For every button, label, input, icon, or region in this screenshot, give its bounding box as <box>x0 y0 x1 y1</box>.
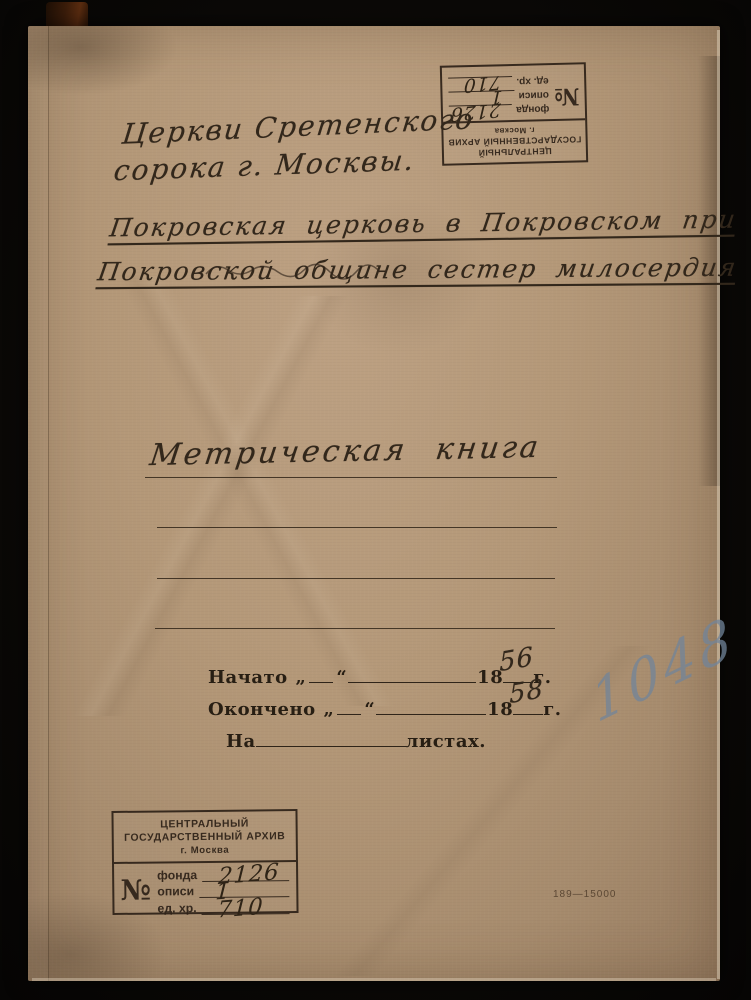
print-run-code: 189—15000 <box>553 889 617 900</box>
scan-background: ЦЕНТРАЛЬНЫЙ ГОСУДАРСТВЕННЫЙ АРХИВ г. Мос… <box>0 0 751 1000</box>
ruled-line <box>157 578 555 579</box>
form-row-started: Начато „“1856г. <box>208 667 552 688</box>
handwritten-line-2: сорока г. Москвы. <box>112 144 417 188</box>
paper-crease <box>88 276 418 706</box>
sheets-blank <box>256 733 406 747</box>
book-title-handwritten: Метрическая книга <box>148 430 544 473</box>
stamp-row-edhr: ед. хр. 710 <box>157 900 289 915</box>
open-quote: „ <box>295 667 306 688</box>
close-quote: “ <box>336 667 347 688</box>
form-row-finished: Окончено „“1858г. <box>208 699 562 720</box>
stamp-row-label: ед. хр. <box>512 75 549 87</box>
folder-cover: ЦЕНТРАЛЬНЫЙ ГОСУДАРСТВЕННЫЙ АРХИВ г. Мос… <box>28 26 720 981</box>
finished-year-handwritten: 58 <box>509 673 545 709</box>
paper-crease <box>28 296 388 716</box>
blue-archive-number: 1048 <box>586 603 741 736</box>
sheets-suffix: листах. <box>406 731 486 752</box>
handwritten-line-4: Покровской общине сестер милосердия <box>96 253 740 286</box>
stamp-org-line2: ГОСУДАРСТВЕННЫЙ АРХИВ <box>117 830 293 845</box>
year-blank: 58 <box>513 701 543 715</box>
handwritten-line-1: Церкви Сретенского <box>120 102 476 151</box>
month-blank <box>348 669 476 683</box>
stamp-city: г. Москва <box>117 844 293 858</box>
paper-smudge <box>28 26 178 96</box>
stamp-number-sign: № <box>554 84 580 108</box>
stamp-number-sign: № <box>120 877 151 905</box>
stamp-row-label: ед. хр. <box>157 901 201 915</box>
stamp-row-label: описи <box>157 885 199 899</box>
finished-label: Окончено <box>208 699 316 720</box>
page-edge-highlight <box>717 30 720 979</box>
form-row-sheets: Налистах. <box>226 731 486 752</box>
day-blank <box>309 669 333 683</box>
stamp-header: ЦЕНТРАЛЬНЫЙ ГОСУДАРСТВЕННЫЙ АРХИВ г. Мос… <box>113 811 296 862</box>
stamp-rows: фонда 2126 описи 1 ед. хр. 710 <box>157 864 289 916</box>
sheets-label: На <box>226 731 256 752</box>
archive-stamp-bottom: ЦЕНТРАЛЬНЫЙ ГОСУДАРСТВЕННЫЙ АРХИВ г. Мос… <box>111 809 298 915</box>
ruled-line <box>157 527 557 528</box>
stamp-body: № фонда 2126 описи 1 ед. хр. 710 <box>114 862 297 921</box>
stamp-row-label: фонда <box>157 868 202 882</box>
page-edge-highlight <box>32 978 716 981</box>
ruled-line <box>145 477 557 478</box>
stamp-row-edhr: ед. хр. 710 <box>448 75 549 89</box>
ruled-line <box>155 628 555 629</box>
edhr-number-handwritten: 710 <box>217 896 264 923</box>
year-suffix: г. <box>543 699 561 720</box>
handwritten-line-3: Покровская церковь в Покровском при <box>108 205 739 243</box>
edhr-number-handwritten: 710 <box>462 71 501 94</box>
folder-spine-fold <box>28 26 49 981</box>
stamp-row-label: фонда <box>512 103 549 115</box>
day-blank <box>337 701 361 715</box>
month-blank <box>376 701 486 715</box>
close-quote: “ <box>364 699 375 720</box>
started-label: Начато <box>208 667 288 688</box>
stamp-row-label: описи <box>514 89 549 101</box>
stamp-row-underline: 710 <box>201 900 289 915</box>
started-year-handwritten: 56 <box>499 641 535 677</box>
stamp-row-underline: 710 <box>448 76 512 89</box>
open-quote: „ <box>323 699 334 720</box>
